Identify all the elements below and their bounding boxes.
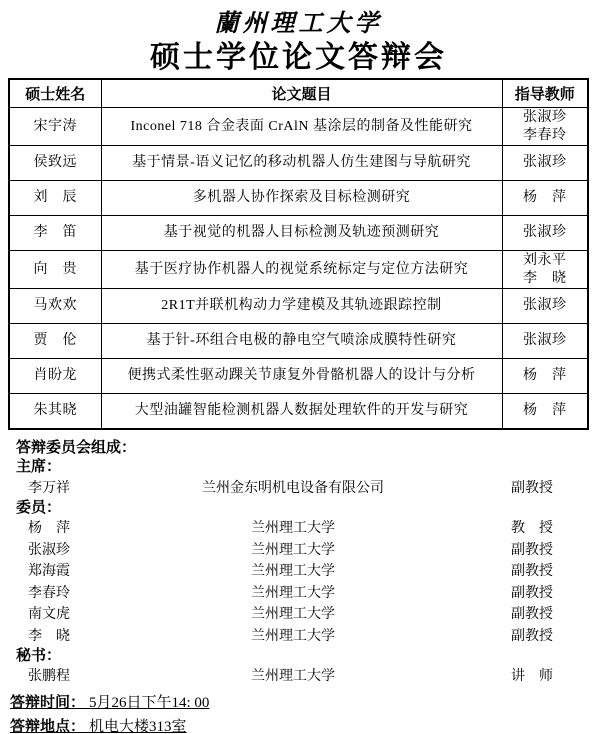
committee-section: 答辩委员会组成： 主席：李万祥兰州金东明机电设备有限公司副教授委员：杨 萍兰州理… <box>8 438 589 686</box>
thesis-title: 2R1T并联机构动力学建模及其轨迹跟踪控制 <box>101 289 502 324</box>
table-row: 朱其晓大型油罐智能检测机器人数据处理软件的开发与研究杨 萍 <box>9 394 588 430</box>
student-name: 宋宇涛 <box>9 108 101 146</box>
student-name: 侯致远 <box>9 146 101 181</box>
footer-section: 答辩时间： 5月26日下午14: 00 答辩地点： 机电大楼313室 <box>8 691 589 734</box>
member-organization: 兰州理工大学 <box>168 665 418 685</box>
defense-place-value: 机电大楼313室 <box>89 719 187 734</box>
member-academic-title: 教 授 <box>511 517 589 537</box>
member-organization: 兰州理工大学 <box>168 539 418 559</box>
page-title: 硕士学位论文答辩会 <box>8 39 589 76</box>
advisor-names: 杨 萍 <box>502 359 588 394</box>
advisor-names: 张淑珍 <box>502 324 588 359</box>
thesis-title: Inconel 718 合金表面 CrAlN 基涂层的制备及性能研究 <box>101 108 502 146</box>
advisor-names: 杨 萍 <box>502 181 588 216</box>
committee-member-row: 张鹏程兰州理工大学讲 师 <box>16 665 589 687</box>
member-name: 李 晓 <box>16 625 168 645</box>
university-logo-calligraphy: 蘭州理工大学 <box>8 6 589 39</box>
column-header-thesis-title: 论文题目 <box>101 79 502 108</box>
member-organization: 兰州金东明机电设备有限公司 <box>168 477 418 497</box>
committee-member-row: 南文虎兰州理工大学副教授 <box>16 603 589 625</box>
committee-role-label: 主席： <box>16 457 589 476</box>
student-name: 向 贵 <box>9 251 101 289</box>
member-name: 李春玲 <box>16 582 168 602</box>
committee-member-row: 杨 萍兰州理工大学教 授 <box>16 517 589 539</box>
student-name: 刘 辰 <box>9 181 101 216</box>
defense-place-line: 答辩地点： 机电大楼313室 <box>10 715 589 734</box>
table-row: 侯致远基于情景-语义记忆的移动机器人仿生建图与导航研究张淑珍 <box>9 146 588 181</box>
defense-time-label: 答辩时间： <box>10 694 85 711</box>
thesis-title: 基于情景-语义记忆的移动机器人仿生建图与导航研究 <box>101 146 502 181</box>
committee-heading: 答辩委员会组成： <box>16 438 589 457</box>
committee-member-row: 李 晓兰州理工大学副教授 <box>16 624 589 646</box>
member-name: 张鹏程 <box>16 665 168 685</box>
committee-member-row: 李万祥兰州金东明机电设备有限公司副教授 <box>16 476 589 498</box>
defense-place-label: 答辩地点： <box>10 718 85 734</box>
member-name: 杨 萍 <box>16 517 168 537</box>
thesis-title: 大型油罐智能检测机器人数据处理软件的开发与研究 <box>101 394 502 430</box>
column-header-advisor: 指导教师 <box>502 79 588 108</box>
member-academic-title: 副教授 <box>511 477 589 497</box>
advisor-names: 张淑珍 <box>502 216 588 251</box>
student-name: 肖盼龙 <box>9 359 101 394</box>
committee-member-row: 李春玲兰州理工大学副教授 <box>16 581 589 603</box>
member-organization: 兰州理工大学 <box>168 582 418 602</box>
committee-role-label: 委员： <box>16 498 589 517</box>
student-name: 李 笛 <box>9 216 101 251</box>
thesis-title: 基于针-环组合电极的静电空气喷涂成膜特性研究 <box>101 324 502 359</box>
committee-role-label: 秘书： <box>16 646 589 665</box>
table-row: 肖盼龙便携式柔性驱动踝关节康复外骨骼机器人的设计与分析杨 萍 <box>9 359 588 394</box>
advisor-names: 张淑珍李春玲 <box>502 108 588 146</box>
advisor-names: 张淑珍 <box>502 146 588 181</box>
member-name: 张淑珍 <box>16 539 168 559</box>
member-name: 南文虎 <box>16 603 168 623</box>
advisor-names: 张淑珍 <box>502 289 588 324</box>
member-academic-title: 副教授 <box>511 560 589 580</box>
member-academic-title: 副教授 <box>511 603 589 623</box>
member-academic-title: 副教授 <box>511 582 589 602</box>
member-name: 李万祥 <box>16 477 168 497</box>
thesis-title: 基于医疗协作机器人的视觉系统标定与定位方法研究 <box>101 251 502 289</box>
member-academic-title: 副教授 <box>511 539 589 559</box>
member-academic-title: 讲 师 <box>511 665 589 685</box>
committee-member-row: 郑海霞兰州理工大学副教授 <box>16 560 589 582</box>
committee-member-row: 张淑珍兰州理工大学副教授 <box>16 538 589 560</box>
student-name: 马欢欢 <box>9 289 101 324</box>
advisor-names: 刘永平李 晓 <box>502 251 588 289</box>
table-header-row: 硕士姓名 论文题目 指导教师 <box>9 79 588 108</box>
member-academic-title: 副教授 <box>511 625 589 645</box>
table-row: 宋宇涛Inconel 718 合金表面 CrAlN 基涂层的制备及性能研究张淑珍… <box>9 108 588 146</box>
column-header-student-name: 硕士姓名 <box>9 79 101 108</box>
thesis-title: 便携式柔性驱动踝关节康复外骨骼机器人的设计与分析 <box>101 359 502 394</box>
defense-time-line: 答辩时间： 5月26日下午14: 00 <box>10 691 589 715</box>
student-name: 贾 伦 <box>9 324 101 359</box>
defense-announcement-document: 蘭州理工大学 硕士学位论文答辩会 硕士姓名 论文题目 指导教师 宋宇涛Incon… <box>0 0 597 734</box>
member-name: 郑海霞 <box>16 560 168 580</box>
defense-table: 硕士姓名 论文题目 指导教师 宋宇涛Inconel 718 合金表面 CrAlN… <box>8 78 589 430</box>
member-organization: 兰州理工大学 <box>168 625 418 645</box>
member-organization: 兰州理工大学 <box>168 603 418 623</box>
table-row: 刘 辰多机器人协作探索及目标检测研究杨 萍 <box>9 181 588 216</box>
thesis-title: 多机器人协作探索及目标检测研究 <box>101 181 502 216</box>
advisor-names: 杨 萍 <box>502 394 588 430</box>
table-row: 李 笛基于视觉的机器人目标检测及轨迹预测研究张淑珍 <box>9 216 588 251</box>
student-name: 朱其晓 <box>9 394 101 430</box>
member-organization: 兰州理工大学 <box>168 517 418 537</box>
table-row: 马欢欢2R1T并联机构动力学建模及其轨迹跟踪控制张淑珍 <box>9 289 588 324</box>
table-row: 贾 伦基于针-环组合电极的静电空气喷涂成膜特性研究张淑珍 <box>9 324 588 359</box>
member-organization: 兰州理工大学 <box>168 560 418 580</box>
defense-time-value: 5月26日下午14: 00 <box>89 695 209 711</box>
table-row: 向 贵基于医疗协作机器人的视觉系统标定与定位方法研究刘永平李 晓 <box>9 251 588 289</box>
thesis-title: 基于视觉的机器人目标检测及轨迹预测研究 <box>101 216 502 251</box>
